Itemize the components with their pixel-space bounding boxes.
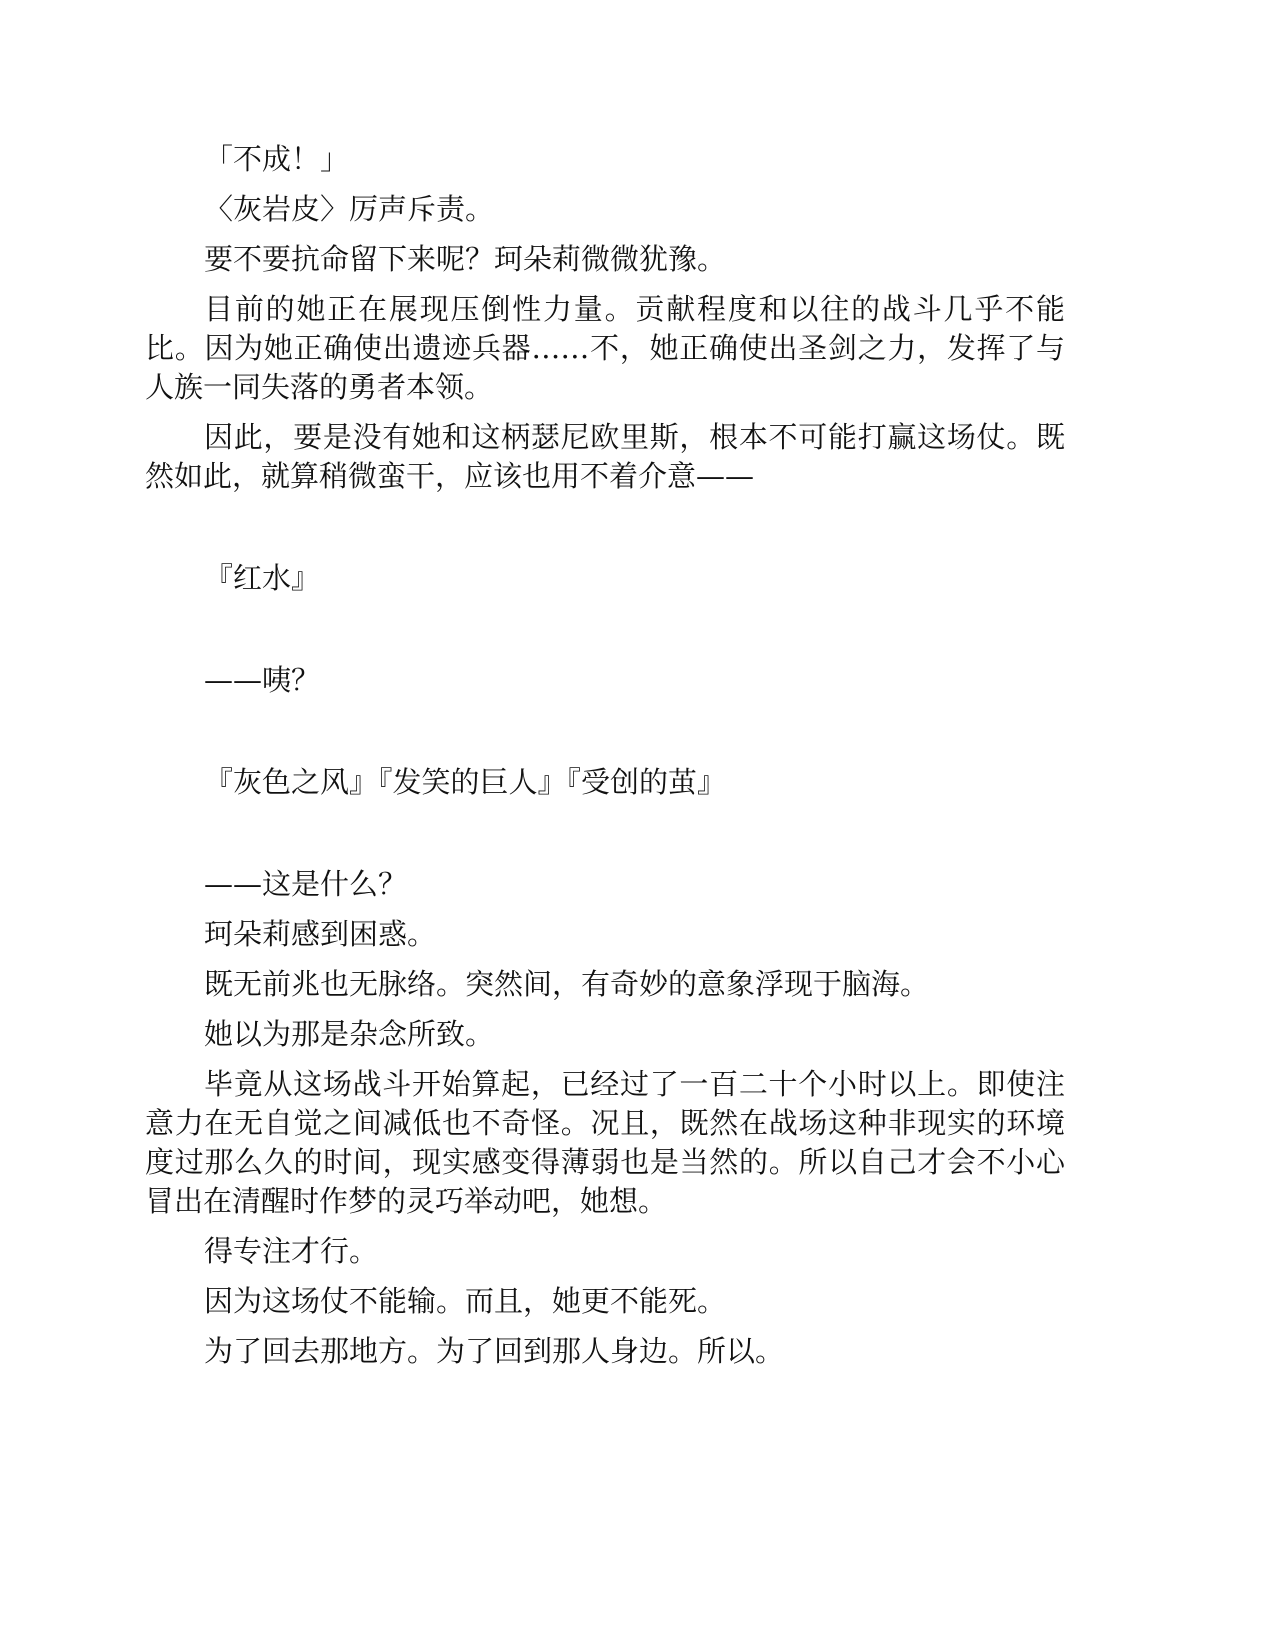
paragraph-confused: 珂朵莉感到困惑。 bbox=[145, 915, 1065, 954]
paragraph-hours: 毕竟从这场战斗开始算起，已经过了一百二十个小时以上。即使注意力在无自觉之间减低也… bbox=[145, 1065, 1065, 1221]
spacer bbox=[145, 711, 1065, 763]
paragraph-power: 目前的她正在展现压倒性力量。贡献程度和以往的战斗几乎不能比。因为她正确使出遗迹兵… bbox=[145, 290, 1065, 407]
paragraph-visions: 『灰色之风』『发笑的巨人』『受创的茧』 bbox=[145, 763, 1065, 802]
paragraph-focus: 得专注才行。 bbox=[145, 1232, 1065, 1271]
paragraph-image: 既无前兆也无脉络。突然间，有奇妙的意象浮现于脑海。 bbox=[145, 965, 1065, 1004]
paragraph-cannot-lose: 因为这场仗不能输。而且，她更不能死。 bbox=[145, 1282, 1065, 1321]
paragraph-hesitation: 要不要抗命留下来呢？珂朵莉微微犹豫。 bbox=[145, 240, 1065, 279]
spacer bbox=[145, 507, 1065, 559]
document-page: 「不成！」 〈灰岩皮〉厉声斥责。 要不要抗命留下来呢？珂朵莉微微犹豫。 目前的她… bbox=[145, 140, 1065, 1382]
spacer bbox=[145, 609, 1065, 661]
paragraph-refusal: 「不成！」 bbox=[145, 140, 1065, 179]
paragraph-huh: ——咦？ bbox=[145, 661, 1065, 700]
paragraph-rebuke: 〈灰岩皮〉厉声斥责。 bbox=[145, 190, 1065, 229]
paragraph-return: 为了回去那地方。为了回到那人身边。所以。 bbox=[145, 1332, 1065, 1371]
paragraph-red-water: 『红水』 bbox=[145, 559, 1065, 598]
spacer bbox=[145, 813, 1065, 865]
paragraph-therefore: 因此，要是没有她和这柄瑟尼欧里斯，根本不可能打赢这场仗。既然如此，就算稍微蛮干，… bbox=[145, 418, 1065, 496]
paragraph-what-is-this: ——这是什么？ bbox=[145, 865, 1065, 904]
paragraph-stray-thought: 她以为那是杂念所致。 bbox=[145, 1015, 1065, 1054]
